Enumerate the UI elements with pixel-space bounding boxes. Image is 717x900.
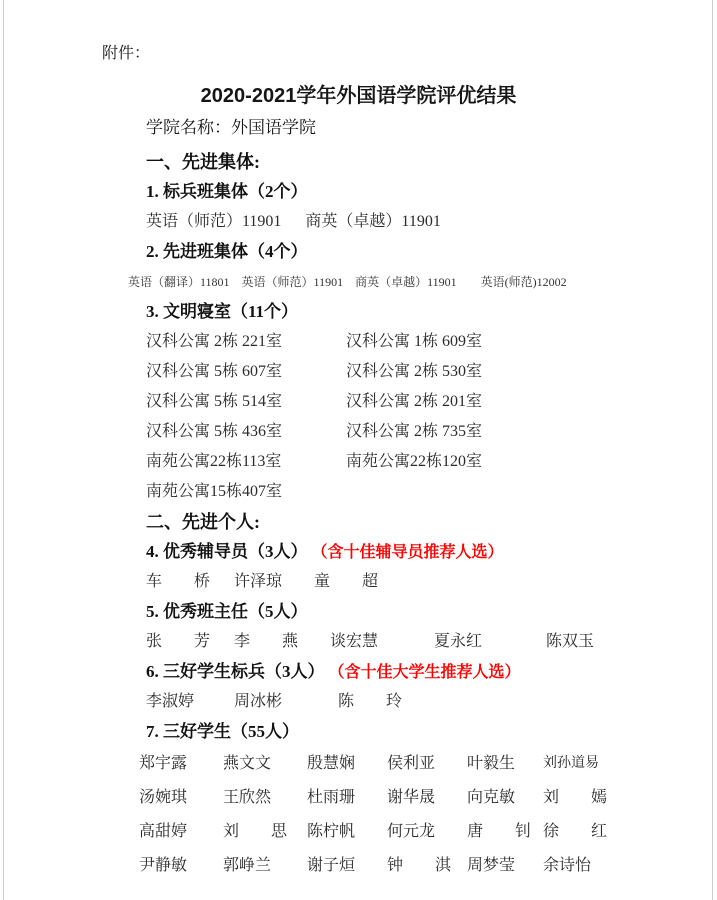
item4-red-note: （含十佳辅导员推荐人选） <box>320 544 504 561</box>
dorm-room-item: 汉科公寓 2栋 201室 <box>346 387 717 417</box>
dorm-room-item: 汉科公寓 5栋 436室 <box>146 417 346 447</box>
student-name: 钟 淇 <box>387 849 467 883</box>
dorm-room-item: 南苑公寓15栋407室 <box>146 477 346 507</box>
student-name: 郑宇露 <box>139 747 223 781</box>
student-name: 刘 嫣 <box>543 781 717 815</box>
item6-heading-line: 6. 三好学生标兵（3人）（含十佳大学生推荐人选） <box>146 657 717 687</box>
college-name-line: 学院名称：外国语学院 <box>146 117 717 139</box>
item5-names: 张 芳 李 燕 谈宏慧 夏永红 陈双玉 <box>146 627 717 657</box>
student-name: 向克敏 <box>467 781 543 815</box>
dorm-room-item: 汉科公寓 2栋 530室 <box>346 357 717 387</box>
document-title: 2020-2021学年外国语学院评优结果 <box>0 84 717 108</box>
dorm-room-item: 南苑公寓22栋113室 <box>146 447 346 477</box>
item6-heading: 6. 三好学生标兵（3人） <box>146 662 325 681</box>
dorm-room-item: 汉科公寓 5栋 607室 <box>146 357 346 387</box>
student-name: 燕文文 <box>223 747 307 781</box>
document-body: 一、先进集体: 1. 标兵班集体（2个） 英语（师范）11901 商英（卓越）1… <box>146 139 717 883</box>
item7-heading: 7. 三好学生（55人） <box>146 717 717 747</box>
item4-heading: 4. 优秀辅导员（3人） <box>146 542 308 561</box>
student-name: 周梦莹 <box>467 849 543 883</box>
section-heading-individuals: 二、先进个人: <box>146 507 717 537</box>
student-name: 郭峥兰 <box>223 849 307 883</box>
student-name: 谢子烜 <box>307 849 387 883</box>
dorm-room-item: 汉科公寓 2栋 735室 <box>346 417 717 447</box>
section-heading-collectives: 一、先进集体: <box>146 147 717 177</box>
item4-names: 车 桥 许泽琼 童 超 <box>146 567 717 597</box>
student-name: 刘 思 <box>223 815 307 849</box>
student-name: 侯利亚 <box>387 747 467 781</box>
student-name: 杜雨珊 <box>307 781 387 815</box>
item4-heading-line: 4. 优秀辅导员（3人）（含十佳辅导员推荐人选） <box>146 537 717 567</box>
student-name: 汤婉琪 <box>139 781 223 815</box>
item1-heading: 1. 标兵班集体（2个） <box>146 177 717 207</box>
dorm-room-item: 汉科公寓 5栋 514室 <box>146 387 346 417</box>
student-name: 王欣然 <box>223 781 307 815</box>
item6-red-note: （含十佳大学生推荐人选） <box>337 664 521 681</box>
student-name: 徐 红 <box>543 815 717 849</box>
dorm-room-list: 汉科公寓 2栋 221室汉科公寓 1栋 609室汉科公寓 5栋 607室汉科公寓… <box>146 327 717 507</box>
attachment-label: 附件： <box>102 44 717 64</box>
student-name: 余诗怡 <box>543 849 717 883</box>
student-name: 殷慧娴 <box>307 747 387 781</box>
item2-body: 英语（翻译）11801 英语（师范）11901 商英（卓越）11901 英语(师… <box>128 267 717 297</box>
student-name: 何元龙 <box>387 815 467 849</box>
item1-body: 英语（师范）11901 商英（卓越）11901 <box>146 207 717 237</box>
item6-names: 李淑婷 周冰彬 陈 玲 <box>146 687 717 717</box>
item2-heading: 2. 先进班集体（4个） <box>146 237 717 267</box>
page-edge-left <box>3 0 4 900</box>
student-name: 尹静敏 <box>139 849 223 883</box>
top-students-list: 郑宇露燕文文殷慧娴侯利亚叶毅生刘孙道易汤婉琪王欣然杜雨珊谢华晟向克敏刘 嫣高甜婷… <box>139 747 717 883</box>
item3-heading: 3. 文明寝室（11个） <box>146 297 717 327</box>
student-name: 谢华晟 <box>387 781 467 815</box>
student-name: 陈柠帆 <box>307 815 387 849</box>
student-name: 叶毅生 <box>467 747 543 781</box>
page-edge-right <box>712 0 713 900</box>
dorm-room-item: 汉科公寓 2栋 221室 <box>146 327 346 357</box>
student-name: 唐 钊 <box>467 815 543 849</box>
dorm-room-item: 南苑公寓22栋120室 <box>346 447 717 477</box>
student-name: 高甜婷 <box>139 815 223 849</box>
dorm-room-item: 汉科公寓 1栋 609室 <box>346 327 717 357</box>
student-name: 刘孙道易 <box>543 747 717 781</box>
item5-heading: 5. 优秀班主任（5人） <box>146 597 717 627</box>
